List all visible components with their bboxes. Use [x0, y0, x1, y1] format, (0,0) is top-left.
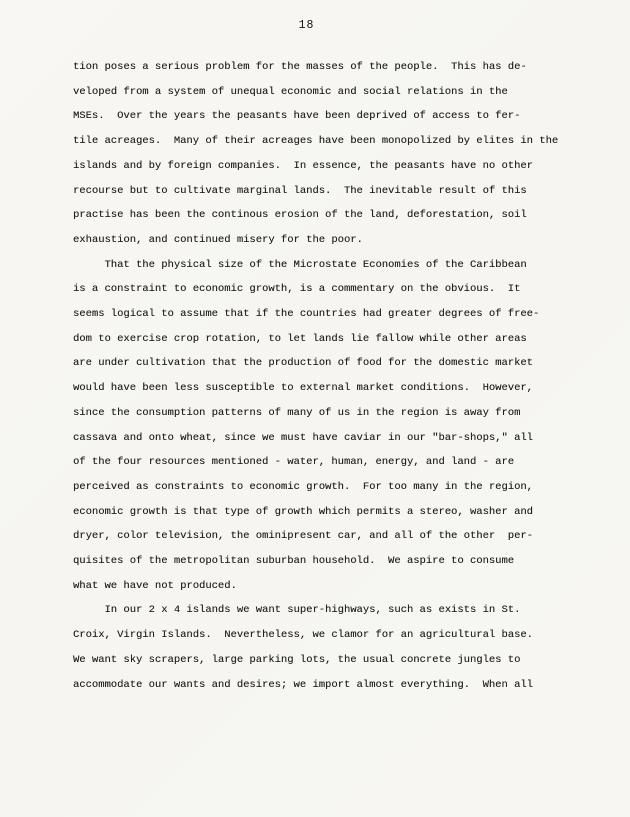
page-number: 18	[0, 19, 613, 32]
document-page: 18 tion poses a serious problem for the …	[0, 0, 630, 817]
body-text: tion poses a serious problem for the mas…	[73, 55, 585, 697]
